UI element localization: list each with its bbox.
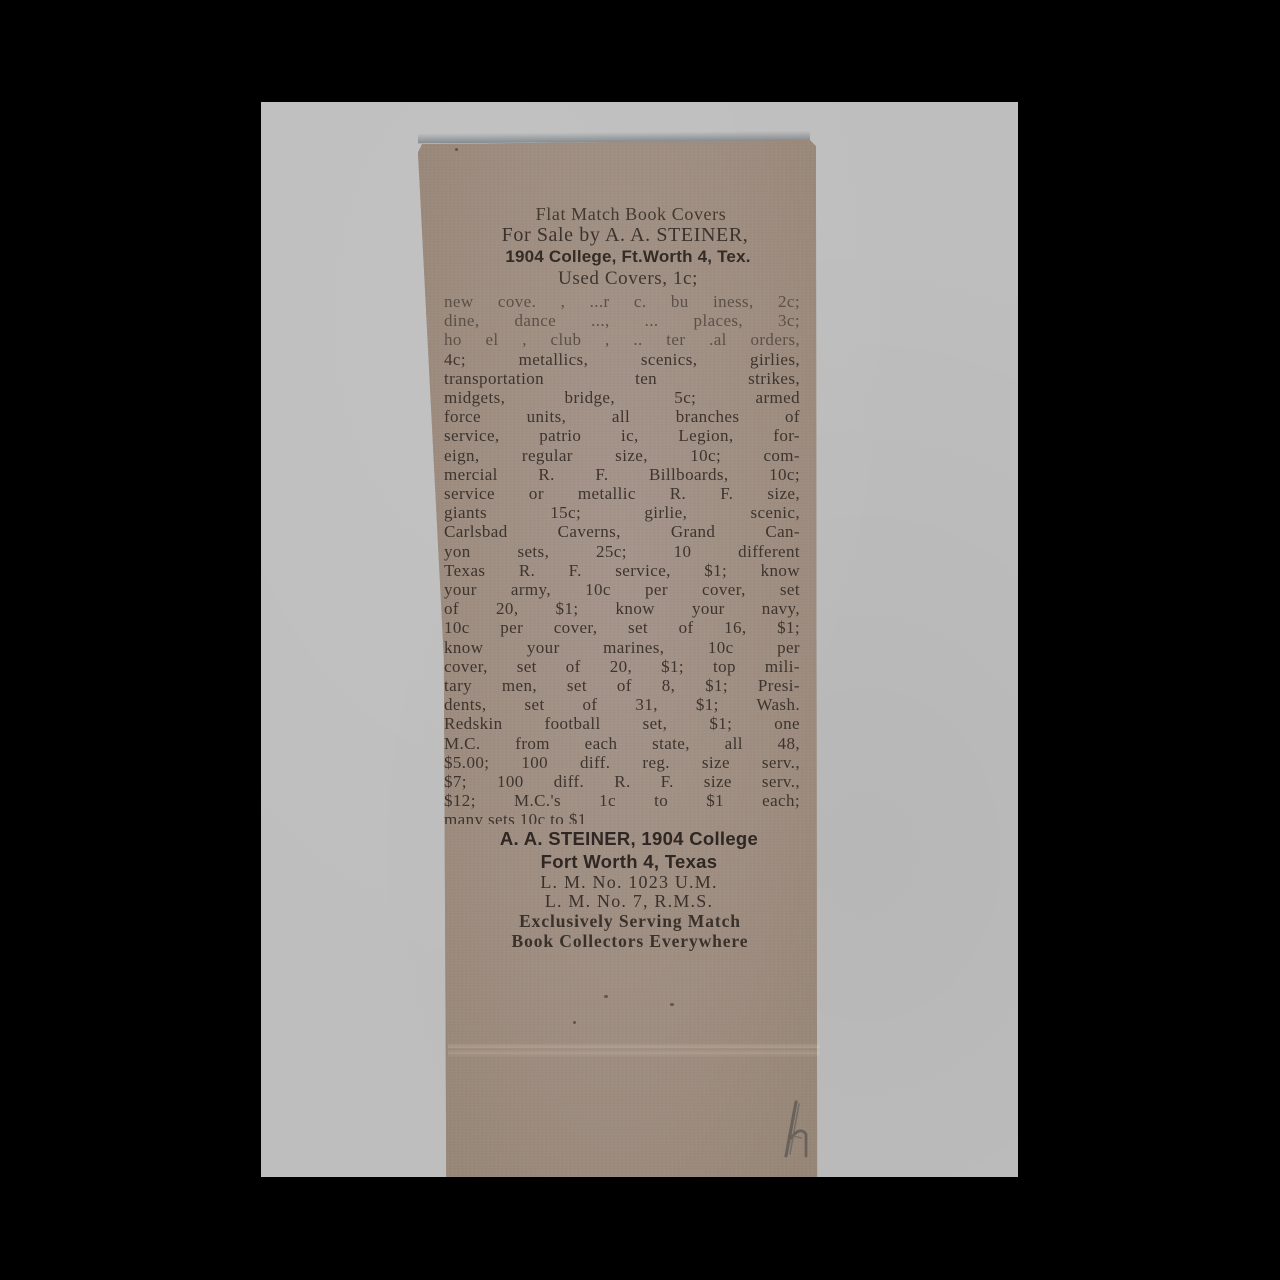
price-list-line: know your marines, 10c per <box>444 638 800 657</box>
price-list-line: your army, 10c per cover, set <box>444 580 800 599</box>
price-list-line: giants 15c; girlie, scenic, <box>444 503 800 522</box>
price-list-line: yon sets, 25c; 10 different <box>444 542 800 561</box>
price-list: new cove. , ...r c. bu iness, 2c;dine, d… <box>444 292 800 824</box>
price-list-line: midgets, bridge, 5c; armed <box>444 388 800 407</box>
price-list-line: eign, regular size, 10c; com- <box>444 446 800 465</box>
header-used-covers: Used Covers, 1c; <box>446 268 810 290</box>
paper-speck <box>455 148 458 151</box>
header-title: Flat Match Book Covers <box>452 204 810 224</box>
footer-city: Fort Worth 4, Texas <box>448 850 810 873</box>
price-list-line: M.C. from each state, all 48, <box>444 734 800 753</box>
price-list-line: tary men, set of 8, $1; Presi- <box>444 676 800 695</box>
price-list-line: dents, set of 31, $1; Wash. <box>444 695 800 714</box>
pencil-mark-icon <box>780 1100 820 1160</box>
price-list-line: mercial R. F. Billboards, 10c; <box>444 465 800 484</box>
paper-speck <box>604 995 608 998</box>
price-list-line: new cove. , ...r c. bu iness, 2c; <box>444 292 800 311</box>
price-list-line: service, patrio ic, Legion, for- <box>444 426 800 445</box>
price-list-line: cover, set of 20, $1; top mili- <box>444 657 800 676</box>
price-list-line: ho el , club , .. ter .al orders, <box>444 330 800 349</box>
price-list-line: many sets 10c to $1 <box>444 810 800 824</box>
fold-crease <box>448 1043 820 1057</box>
price-list-line: of 20, $1; know your navy, <box>444 599 800 618</box>
paper-speck <box>670 1003 674 1006</box>
price-list-line: force units, all branches of <box>444 407 800 426</box>
footer-tagline-1: Exclusively Serving Match <box>450 911 810 931</box>
price-list-line: Carlsbad Caverns, Grand Can- <box>444 522 800 541</box>
cover-text: Flat Match Book Covers For Sale by A. A.… <box>440 204 810 951</box>
price-list-line: dine, dance ..., ... places, 3c; <box>444 311 800 330</box>
footer-membership-2: L. M. No. 7, R.M.S. <box>448 892 810 911</box>
price-list-line: transportation ten strikes, <box>444 369 800 388</box>
price-list-line: 10c per cover, set of 16, $1; <box>444 618 800 637</box>
price-list-line: 4c; metallics, scenics, girlies, <box>444 350 800 369</box>
price-list-line: service or metallic R. F. size, <box>444 484 800 503</box>
price-list-line: $12; M.C.'s 1c to $1 each; <box>444 791 800 810</box>
footer-tagline-2: Book Collectors Everywhere <box>450 931 810 951</box>
price-list-line: $5.00; 100 diff. reg. size serv., <box>444 753 800 772</box>
footer-seller-address: A. A. STEINER, 1904 College <box>448 827 810 850</box>
paper-speck <box>573 1021 576 1024</box>
price-list-line: Texas R. F. service, $1; know <box>444 561 800 580</box>
price-list-line: $7; 100 diff. R. F. size serv., <box>444 772 800 791</box>
price-list-line: Redskin football set, $1; one <box>444 714 800 733</box>
header-seller: For Sale by A. A. STEINER, <box>440 224 810 246</box>
header-address: 1904 College, Ft.Worth 4, Tex. <box>446 246 810 268</box>
footer-membership-1: L. M. No. 1023 U.M. <box>448 873 810 892</box>
